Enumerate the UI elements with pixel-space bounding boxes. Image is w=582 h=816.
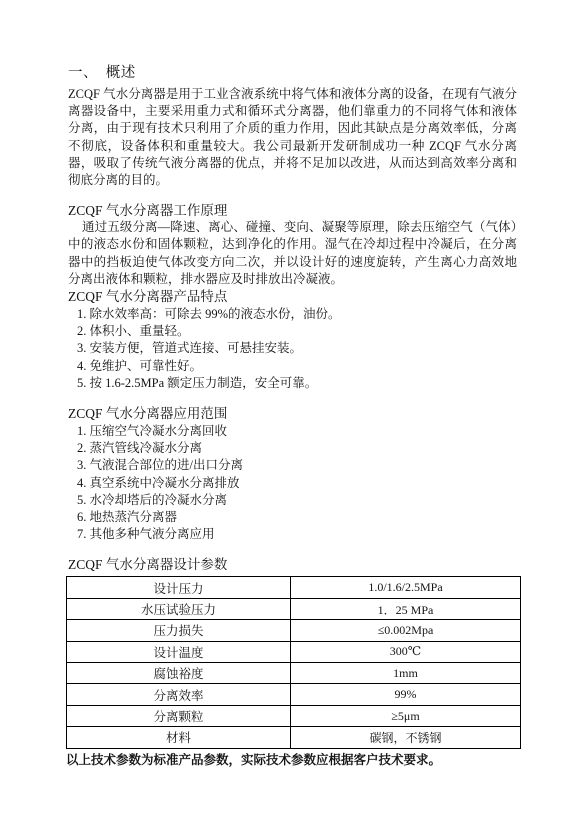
table-row: 分离颗粒 ≥5μm <box>67 705 521 726</box>
param-name: 材料 <box>67 727 291 748</box>
param-name: 设计温度 <box>67 641 291 662</box>
table-row: 材料 碳钢，不锈钢 <box>67 727 521 748</box>
param-value: 碳钢，不锈钢 <box>291 727 521 748</box>
table-row: 水压试验压力 1．25 MPa <box>67 598 521 619</box>
param-name: 分离效率 <box>67 684 291 705</box>
document-page: 一、 概述 ZCQF 气水分离器是用于工业含液系统中将气体和液体分离的设备，在现… <box>0 0 582 816</box>
param-value: ≤0.002Mpa <box>291 620 521 641</box>
list-item: 4. 免维护、可靠性好。 <box>68 358 517 375</box>
param-name: 设计压力 <box>67 577 291 598</box>
features-heading: ZCQF 气水分离器产品特点 <box>68 288 517 305</box>
footer-note: 以上技术参数为标准产品参数，实际技术参数应根据客户技术要求。 <box>66 752 517 768</box>
list-item: 4. 真空系统中冷凝水分离排放 <box>68 475 517 492</box>
list-item: 5. 按 1.6-2.5MPa 额定压力制造，安全可靠。 <box>68 375 517 392</box>
table-row: 分离效率 99% <box>67 684 521 705</box>
applications-heading: ZCQF 气水分离器应用范围 <box>68 405 517 422</box>
list-item: 2. 蒸汽管线冷凝水分离 <box>68 440 517 457</box>
list-item: 1. 压缩空气冷凝水分离回收 <box>68 423 517 440</box>
table-row: 设计压力 1.0/1.6/2.5MPa <box>67 577 521 598</box>
param-value: 1．25 MPa <box>291 598 521 619</box>
param-value: ≥5μm <box>291 705 521 726</box>
list-item: 1. 除水效率高：可除去 99%的液态水份，油份。 <box>68 306 517 323</box>
section-gap <box>68 392 517 405</box>
principle-paragraph: 通过五级分离—降速、离心、碰撞、变向、凝聚等原理，除去压缩空气（气体）中的液态水… <box>68 219 517 288</box>
list-item: 2. 体积小、重量轻。 <box>68 323 517 340</box>
param-value: 1.0/1.6/2.5MPa <box>291 577 521 598</box>
table-row: 压力损失 ≤0.002Mpa <box>67 620 521 641</box>
table-row: 设计温度 300℃ <box>67 641 521 662</box>
list-item: 5. 水冷却塔后的冷凝水分离 <box>68 492 517 509</box>
features-list: 1. 除水效率高：可除去 99%的液态水份，油份。 2. 体积小、重量轻。 3.… <box>68 306 517 392</box>
table-row: 腐蚀裕度 1mm <box>67 663 521 684</box>
param-name: 压力损失 <box>67 620 291 641</box>
document-content: 一、 概述 ZCQF 气水分离器是用于工业含液系统中将气体和液体分离的设备，在现… <box>68 64 517 768</box>
list-item: 3. 气液混合部位的进/出口分离 <box>68 457 517 474</box>
section-gap <box>68 189 517 202</box>
list-item: 3. 安装方便，管道式连接、可悬挂安装。 <box>68 340 517 357</box>
param-value: 1mm <box>291 663 521 684</box>
list-item: 6. 地热蒸汽分离器 <box>68 509 517 526</box>
overview-paragraph: ZCQF 气水分离器是用于工业含液系统中将气体和液体分离的设备，在现有气液分离器… <box>68 86 517 189</box>
param-name: 腐蚀裕度 <box>67 663 291 684</box>
param-name: 分离颗粒 <box>67 705 291 726</box>
applications-list: 1. 压缩空气冷凝水分离回收 2. 蒸汽管线冷凝水分离 3. 气液混合部位的进/… <box>68 423 517 543</box>
param-value: 300℃ <box>291 641 521 662</box>
principle-heading: ZCQF 气水分离器工作原理 <box>68 202 517 219</box>
overview-heading: 一、 概述 <box>68 64 517 82</box>
parameters-heading: ZCQF 气水分离器设计参数 <box>68 556 517 573</box>
list-item: 7. 其他多种气液分离应用 <box>68 526 517 543</box>
param-value: 99% <box>291 684 521 705</box>
param-name: 水压试验压力 <box>67 598 291 619</box>
design-parameters-table: 设计压力 1.0/1.6/2.5MPa 水压试验压力 1．25 MPa 压力损失… <box>66 576 521 748</box>
section-gap <box>68 543 517 556</box>
